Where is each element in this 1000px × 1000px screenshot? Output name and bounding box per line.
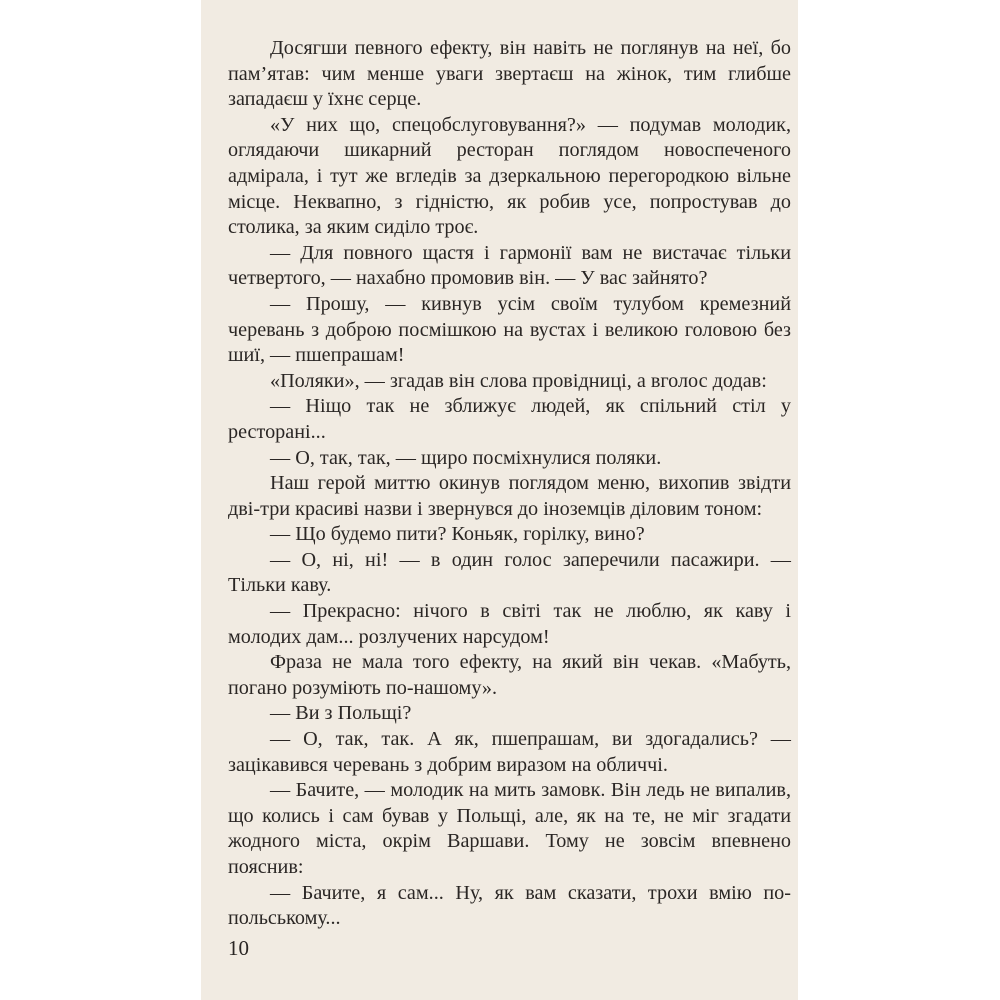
- paragraph: — Прошу, — кивнув усім своїм тулубом кре…: [228, 292, 791, 369]
- paragraph: — Ніщо так не зближує людей, як спільний…: [228, 394, 791, 445]
- body-text: Досягши певного ефекту, він навіть не по…: [228, 36, 791, 932]
- paragraph: — Для повного щастя і гармонії вам не ви…: [228, 241, 791, 292]
- paragraph: Досягши певного ефекту, він навіть не по…: [228, 36, 791, 113]
- paragraph: Наш герой миттю окинув поглядом меню, ви…: [228, 471, 791, 522]
- paragraph: «Поляки», — згадав він слова провідниці,…: [228, 369, 791, 395]
- paragraph: «У них що, спецобслуговування?» — подума…: [228, 113, 791, 241]
- paragraph: Фраза не мала того ефекту, на який він ч…: [228, 650, 791, 701]
- page-number: 10: [228, 936, 249, 961]
- paragraph: — О, так, так, — щиро посміхнулися поляк…: [228, 446, 791, 472]
- paragraph: — Бачите, — молодик на мить замовк. Він …: [228, 778, 791, 880]
- paragraph: — О, ні, ні! — в один голос заперечили п…: [228, 548, 791, 599]
- book-page: Досягши певного ефекту, він навіть не по…: [201, 0, 798, 1000]
- paragraph: — О, так, так. А як, пшепрашам, ви здога…: [228, 727, 791, 778]
- paragraph: — Прекрасно: нічого в світі так не люблю…: [228, 599, 791, 650]
- paragraph: — Бачите, я сам... Ну, як вам сказати, т…: [228, 881, 791, 932]
- paragraph: — Ви з Польщі?: [228, 701, 791, 727]
- paragraph: — Що будемо пити? Коньяк, горілку, вино?: [228, 522, 791, 548]
